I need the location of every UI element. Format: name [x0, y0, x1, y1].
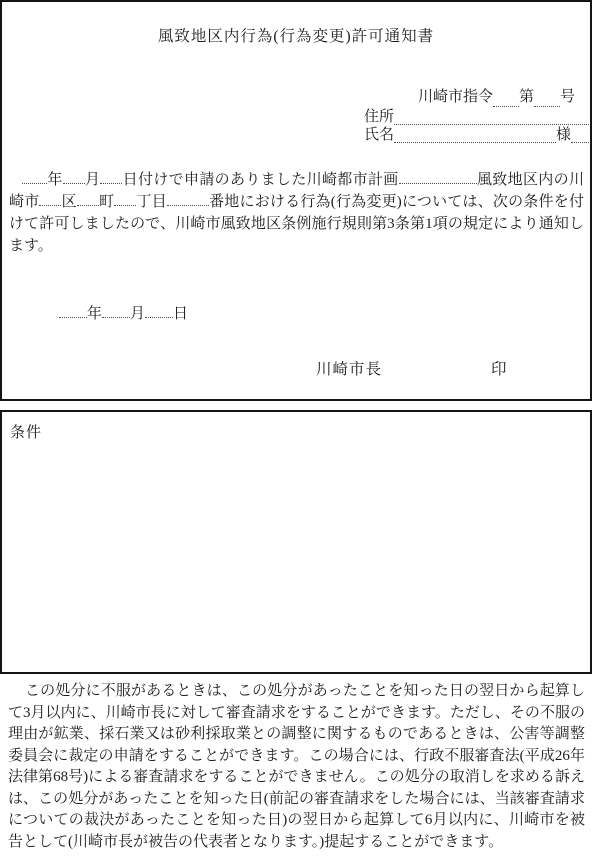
- application-day-blank: [100, 183, 122, 184]
- ward-label: 区: [61, 194, 76, 210]
- seal-mark: 印: [491, 357, 507, 379]
- directive-number-prefix: 第: [519, 88, 534, 107]
- name-blank-line: [394, 142, 556, 143]
- issue-year-blank: [59, 317, 87, 318]
- town-label: 町: [99, 194, 114, 210]
- directive-number-blank-2: [534, 106, 560, 107]
- address-blank-line: [394, 124, 589, 125]
- city-plan-name-blank: [399, 183, 477, 184]
- conditions-box: 条件: [0, 410, 592, 674]
- ward-blank: [39, 205, 61, 206]
- chome-label: 丁目: [136, 194, 167, 210]
- lot-number-blank: [167, 205, 209, 206]
- application-month-blank: [63, 183, 85, 184]
- body-district-text: 風致地区内の: [477, 172, 569, 188]
- mayor-title: 川崎市長: [316, 357, 382, 379]
- issue-day-blank: [145, 317, 173, 318]
- town-blank: [77, 205, 99, 206]
- permit-notice-box: 風致地区内行為(行為変更)許可通知書 川崎市指令 第 号 住所 氏名 様 年月日…: [0, 0, 592, 401]
- directive-number-blank-1: [493, 106, 519, 107]
- recipient-address-line: 住所: [364, 108, 589, 127]
- application-month-label: 月: [85, 172, 101, 188]
- body-tail-text: 番地における行為(行為変更)については、次の条件を付けて許可しましたので、川崎市…: [9, 194, 584, 254]
- name-label: 氏名: [364, 126, 394, 145]
- signature-line: 川崎市長 印: [2, 357, 590, 377]
- application-year-blank: [22, 183, 47, 184]
- application-year-label: 年: [47, 172, 63, 188]
- directive-number-suffix: 号: [560, 88, 575, 107]
- recipient-name-line: 氏名 様: [364, 126, 589, 145]
- conditions-label: 条件: [10, 421, 42, 442]
- body-after-day-text: 日付けで申請のありました川崎都市計画: [122, 172, 398, 188]
- issue-day-label: 日: [173, 306, 188, 322]
- document-title: 風致地区内行為(行為変更)許可通知書: [2, 24, 590, 46]
- notification-paragraph: 年月日付けで申請のありました川崎都市計画風致地区内の川崎市区町丁目番地における行…: [9, 169, 584, 257]
- issue-month-blank: [102, 317, 130, 318]
- chome-blank: [114, 205, 136, 206]
- directive-number-line: 川崎市指令 第 号: [418, 88, 575, 107]
- directive-agency-label: 川崎市指令: [418, 88, 493, 107]
- name-blank-tail: [571, 142, 589, 143]
- issue-month-label: 月: [130, 306, 145, 322]
- honorific-label: 様: [556, 126, 571, 145]
- issue-date-line: 年月日: [59, 302, 188, 323]
- appeal-notice-paragraph: この処分に不服があるときは、この処分があったことを知った日の翌日から起算して3月…: [8, 681, 585, 853]
- issue-year-label: 年: [87, 306, 102, 322]
- address-label: 住所: [364, 108, 394, 127]
